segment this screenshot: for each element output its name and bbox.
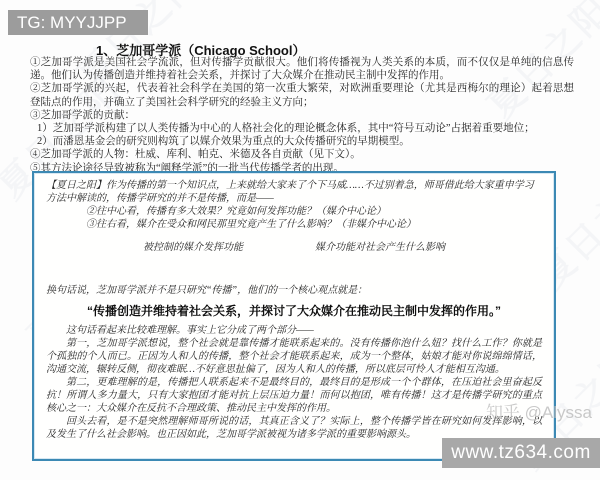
intro-item: ②芝加哥学派的兴起，代表着社会科学在美国的第一次重大繁荣，对欧洲重要理论（尤其是… [30,82,574,108]
box-bullet: ②往中心看，传播有多大效果？究竟如何发挥功能？（媒介中心论） [46,205,542,218]
box-paragraph: 第一，芝加哥学派想说，整个社会就是靠传播才能联系起来的。没有传播你泡什么妞？找什… [46,337,542,376]
site-url-bar: www.tz634.com [442,438,600,468]
box-paragraph: 第二，更难理解的是，传播把人联系起来不是最终目的，最终目的是形成一个个群体，在压… [46,376,542,415]
box-leadin-text: 换句话说，芝加哥学派并不是只研究“传播”，他们的一个核心观点就是： [46,284,542,297]
telegram-watermark-badge: TG: MYYJJPP [8,10,148,35]
annotation-box: 【夏日之阳】作为传播的第一个知识点，上来就给大家来了个下马威……不过别着急，师哥… [32,171,556,461]
intro-list: ①芝加哥学派是美国社会学流派，但对传播学贡献很大。他们将传播视为人类关系的本质，… [30,56,574,175]
core-quote: “传播创造并维持着社会关系，并探讨了大众媒介在推动民主制中发挥的作用。” [46,305,542,318]
box-paragraph: 这句话看起来比较难理解。事实上它分成了两个部分—— [46,324,542,337]
document-page: 夏日之阳 夏日之阳 夏日之阳 夏日之阳 夏日之阳 夏日之阳 夏日之阳 TG: M… [0,0,600,480]
box-intro-text: 【夏日之阳】作为传播的第一个知识点，上来就给大家来了个下马威……不过别着急，师哥… [46,179,542,205]
box-bullet: ③往右看，媒介在受众和网民那里究竟产生了什么影响？（非媒介中心论） [46,218,542,231]
intro-subitem: 1）芝加哥学派构建了以人类传播为中心的人格社会化的理论概念体系，其中“符号互动论… [30,122,574,135]
intro-item: ①芝加哥学派是美国社会学流派，但对传播学贡献很大。他们将传播视为人类关系的本质，… [30,56,574,82]
annotation-right: 媒介功能对社会产生什么影响 [315,241,445,254]
intro-item: ③芝加哥学派的贡献： [30,109,574,122]
annotation-left: 被控制的媒介发挥功能 [143,241,243,254]
intro-subitem: 2）而潘恩基金会的研究则构筑了以媒介效果为重点的大众传播研究的早期模型。 [30,135,574,148]
intro-item: ④芝加哥学派的人物：杜威、库利、帕克、米德及各自贡献（见下文）。 [30,148,574,161]
annotation-row: 被控制的媒介发挥功能 媒介功能对社会产生什么影响 [46,241,542,254]
